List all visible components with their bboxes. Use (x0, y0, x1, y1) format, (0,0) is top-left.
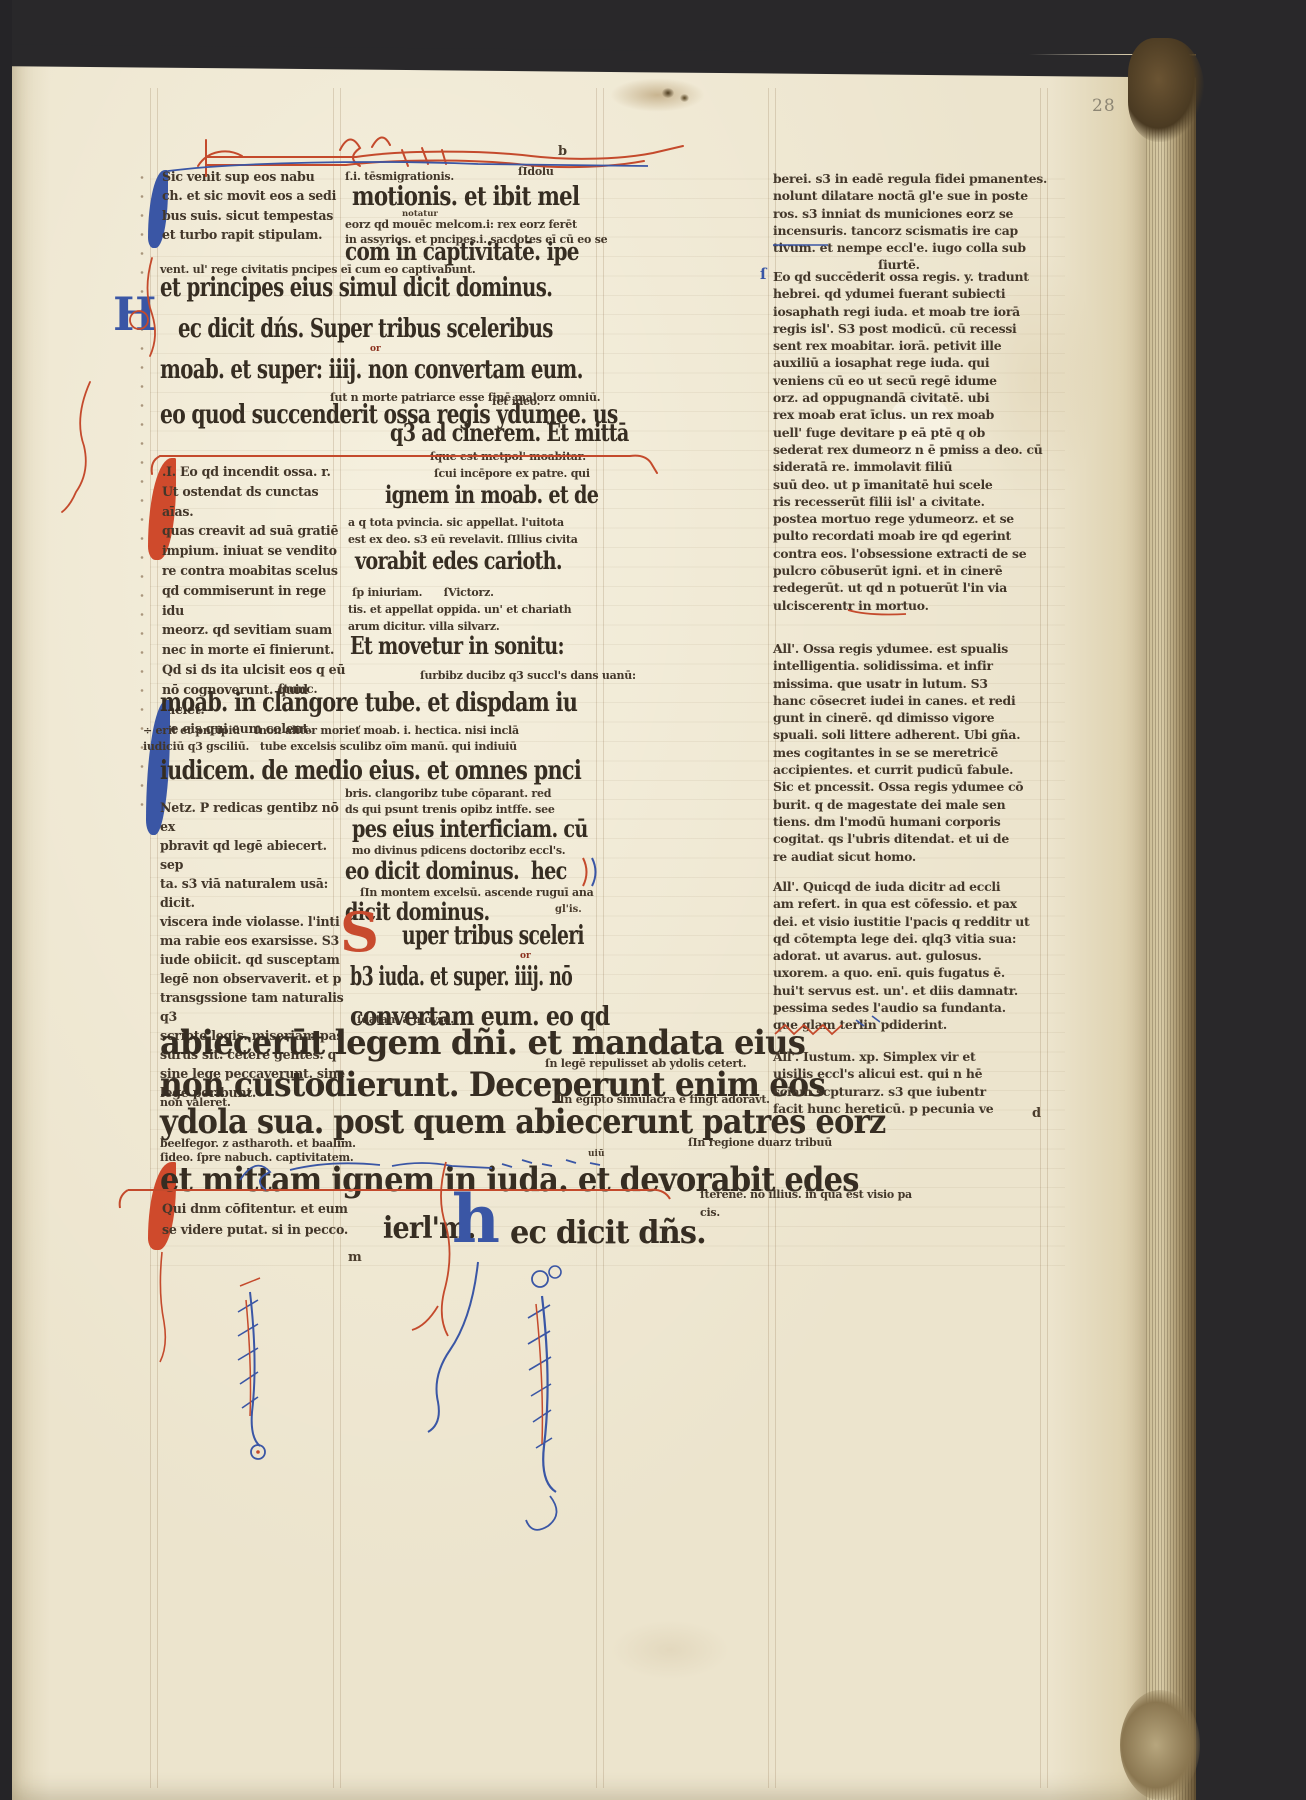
background-left (0, 0, 12, 1800)
text-line-large: moab. et super: iiij. non convertam eum. (160, 357, 583, 383)
pricking-holes (139, 168, 145, 818)
text-line-large: com in captivitatē. ipe (345, 239, 579, 264)
stain (610, 1620, 730, 1680)
catchword-d: d (1032, 1106, 1041, 1121)
text-line-large: q3 ad cinerem. Et mittā (390, 421, 629, 445)
gloss-line: bris. clangoribz tube cōparant. red (345, 786, 551, 801)
gloss-block-right-2: Eo qd succēderit ossa regis. y. tradunt … (773, 268, 1058, 614)
margin-letter-b: b (558, 144, 567, 159)
text-line-large: eo dicit dominus. hec (345, 859, 567, 883)
gloss-block-right-1: berei. s3 in eadē regula fidei pmanentes… (773, 170, 1058, 256)
text-line-large: pes eius interficiam. cū (352, 817, 588, 841)
text-line-large: vorabit edes carioth. (355, 549, 562, 573)
text-line-large: et principes eius simul dicit dominus. (160, 275, 552, 301)
illuminated-initial-H: H (113, 294, 156, 335)
column-guide-line (596, 88, 597, 1788)
gloss-block: ÷ erit et pncipiū ſnon aliter morieť moa… (143, 723, 613, 755)
column-guide-line (603, 88, 604, 1788)
gloss-word: gl'is. (555, 904, 582, 915)
stain (662, 88, 674, 98)
gloss-line: ſet ideo. (492, 394, 540, 409)
illuminated-initial-S: S (340, 908, 379, 957)
gloss-block-right-4: All'. Quicqd de iuda dicitr ad eccli am … (773, 878, 1058, 1034)
text-line-large: ec dicit dńs. Super tribus sceleribus (178, 316, 553, 342)
gloss-line: beelfegor. z astharoth. et baalim. (160, 1136, 356, 1151)
manuscript-page: M O S 28 Sic venit sup eos nabu ch. et s… (10, 0, 1150, 1800)
text-line-large: uper tribus sceleri (402, 923, 584, 949)
gloss-block-right-5: All'. Iustum. xp. Simplex vir et uisilis… (773, 1048, 1058, 1117)
column-guide-line (157, 88, 158, 1788)
gloss-line: tis. et appellat oppida. un' et chariath (348, 602, 571, 617)
gloss-line: ſIdolū (518, 164, 554, 179)
text-line-large: Et movetur in sonitu: (350, 634, 564, 658)
gloss-line: ſque est metpol' moabitar. (430, 449, 586, 464)
gloss-line: ſp iniuriam. ſVictorz. (352, 585, 494, 600)
stain (610, 78, 705, 112)
gloss-line: ſcui incēpore ex patre. qui (434, 466, 590, 481)
text-line-large: b3 iuda. et super. iiij. nō (350, 964, 572, 990)
gloss-line: est ex deo. s3 eū revelavit. ſIllius civ… (348, 532, 578, 547)
gloss-line: ſurbibz ducibz q3 succl's dans uanū: (420, 668, 636, 683)
illuminated-initial-h: h (452, 1190, 500, 1249)
gloss-line: ſIn regione duarz tribuū (688, 1135, 832, 1150)
gloss-block: ſterene. nō illius. in qua est visio pa … (700, 1186, 1050, 1222)
manuscript-photo: M O S 28 Sic venit sup eos nabu ch. et s… (0, 0, 1306, 1800)
stain (680, 94, 689, 102)
blue-paraph-mark: ſ (760, 266, 766, 283)
gloss-block-right-3: All'. Ossa regis ydumee. est spualis int… (773, 640, 1058, 865)
text-line-large: iudicem. de medio eius. et omnes pnci (160, 758, 581, 784)
text-line-large: ec dicit dñs. (510, 1216, 706, 1248)
feather-plume-left (238, 1278, 265, 1459)
catchword-m: m (348, 1250, 362, 1265)
book-fore-edge (1146, 44, 1198, 1800)
text-line-large: ignem in moab. et de (385, 483, 598, 507)
feather-plume-center (526, 1266, 561, 1530)
text-line-large: abiecerūt legem dñi. et mandata eius (160, 1026, 805, 1060)
text-line-large: motionis. et ibit mel (352, 184, 579, 210)
background-right (1196, 0, 1306, 1800)
gloss-line: a q tota pvincia. sic appellat. l'uitota (348, 515, 564, 530)
interlinear-uiu: uiū (588, 1149, 605, 1159)
folio-number: 28 (1092, 96, 1116, 116)
column-guide-line (150, 88, 151, 1788)
gloss-block-left-1: Sic venit sup eos nabu ch. et sic movit … (162, 167, 352, 245)
superscript-or: or (520, 951, 531, 961)
text-line-large: moab. in clangore tube. et dispdam iu (160, 690, 577, 716)
column-guide-line (768, 88, 769, 1788)
superscript-or: or (370, 344, 381, 354)
gloss-block-left-4: Qui dnm cōfitentur. et eum se videre put… (162, 1198, 352, 1240)
page-corner-bottom (1120, 1690, 1200, 1800)
